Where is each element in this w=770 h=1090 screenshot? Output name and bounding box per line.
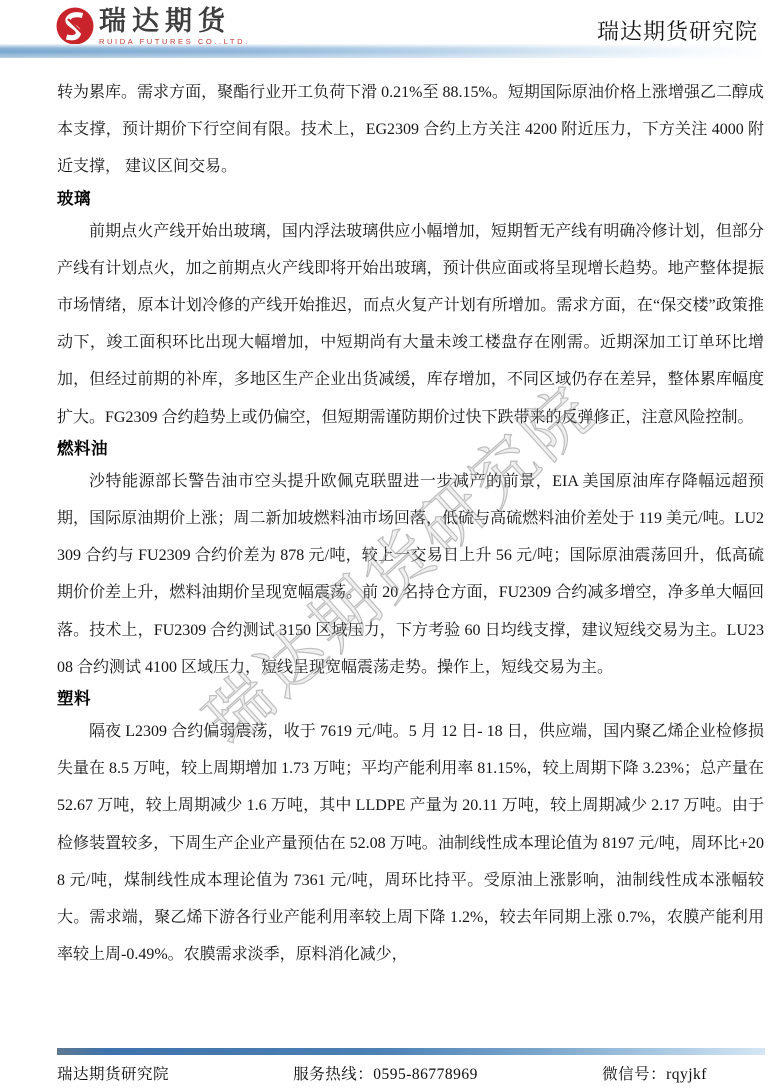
company-logo: 瑞达期货 RUIDA FUTURES CO.,LTD. (55, 6, 250, 46)
footer-wechat: 微信号：rqyjkf (602, 1062, 707, 1084)
paragraph-glass: 前期点火产线开始出玻璃，国内浮法玻璃供应小幅增加，短期暂无产线有明确冷修计划，但… (57, 213, 764, 436)
header-divider-bar (0, 44, 770, 58)
ruida-logo-icon (55, 6, 95, 46)
paragraph-fuel-oil: 沙特能源部长警告油市空头提升欧佩克联盟进一步减产的前景，EIA 美国原油库存降幅… (57, 463, 764, 686)
document-body: 转为累库。需求方面，聚酯行业开工负荷下滑 0.21%至 88.15%。短期国际原… (57, 74, 764, 973)
page-header: 瑞达期货 RUIDA FUTURES CO.,LTD. 瑞达期货研究院 (0, 0, 770, 44)
report-page: { "header": { "brand_cn": "瑞达期货", "brand… (0, 0, 770, 1090)
footer-hotline: 服务热线：0595-86778969 (293, 1062, 478, 1084)
footer-divider-bar (57, 1048, 765, 1055)
section-heading-fuel-oil: 燃料油 (57, 437, 764, 461)
logo-text: 瑞达期货 RUIDA FUTURES CO.,LTD. (99, 6, 250, 46)
paragraph-eg-continuation: 转为累库。需求方面，聚酯行业开工负荷下滑 0.21%至 88.15%。短期国际原… (57, 74, 764, 186)
paragraph-plastic: 隔夜 L2309 合约偏弱震荡，收于 7619 元/吨。5 月 12 日- 18… (57, 713, 764, 973)
footer-institute: 瑞达期货研究院 (57, 1062, 169, 1084)
page-footer: 瑞达期货研究院 服务热线：0595-86778969 微信号：rqyjkf (57, 1062, 707, 1084)
section-heading-plastic: 塑料 (57, 687, 764, 711)
section-heading-glass: 玻璃 (57, 187, 764, 211)
brand-name-cn: 瑞达期货 (99, 6, 250, 36)
institute-title: 瑞达期货研究院 (597, 15, 758, 46)
